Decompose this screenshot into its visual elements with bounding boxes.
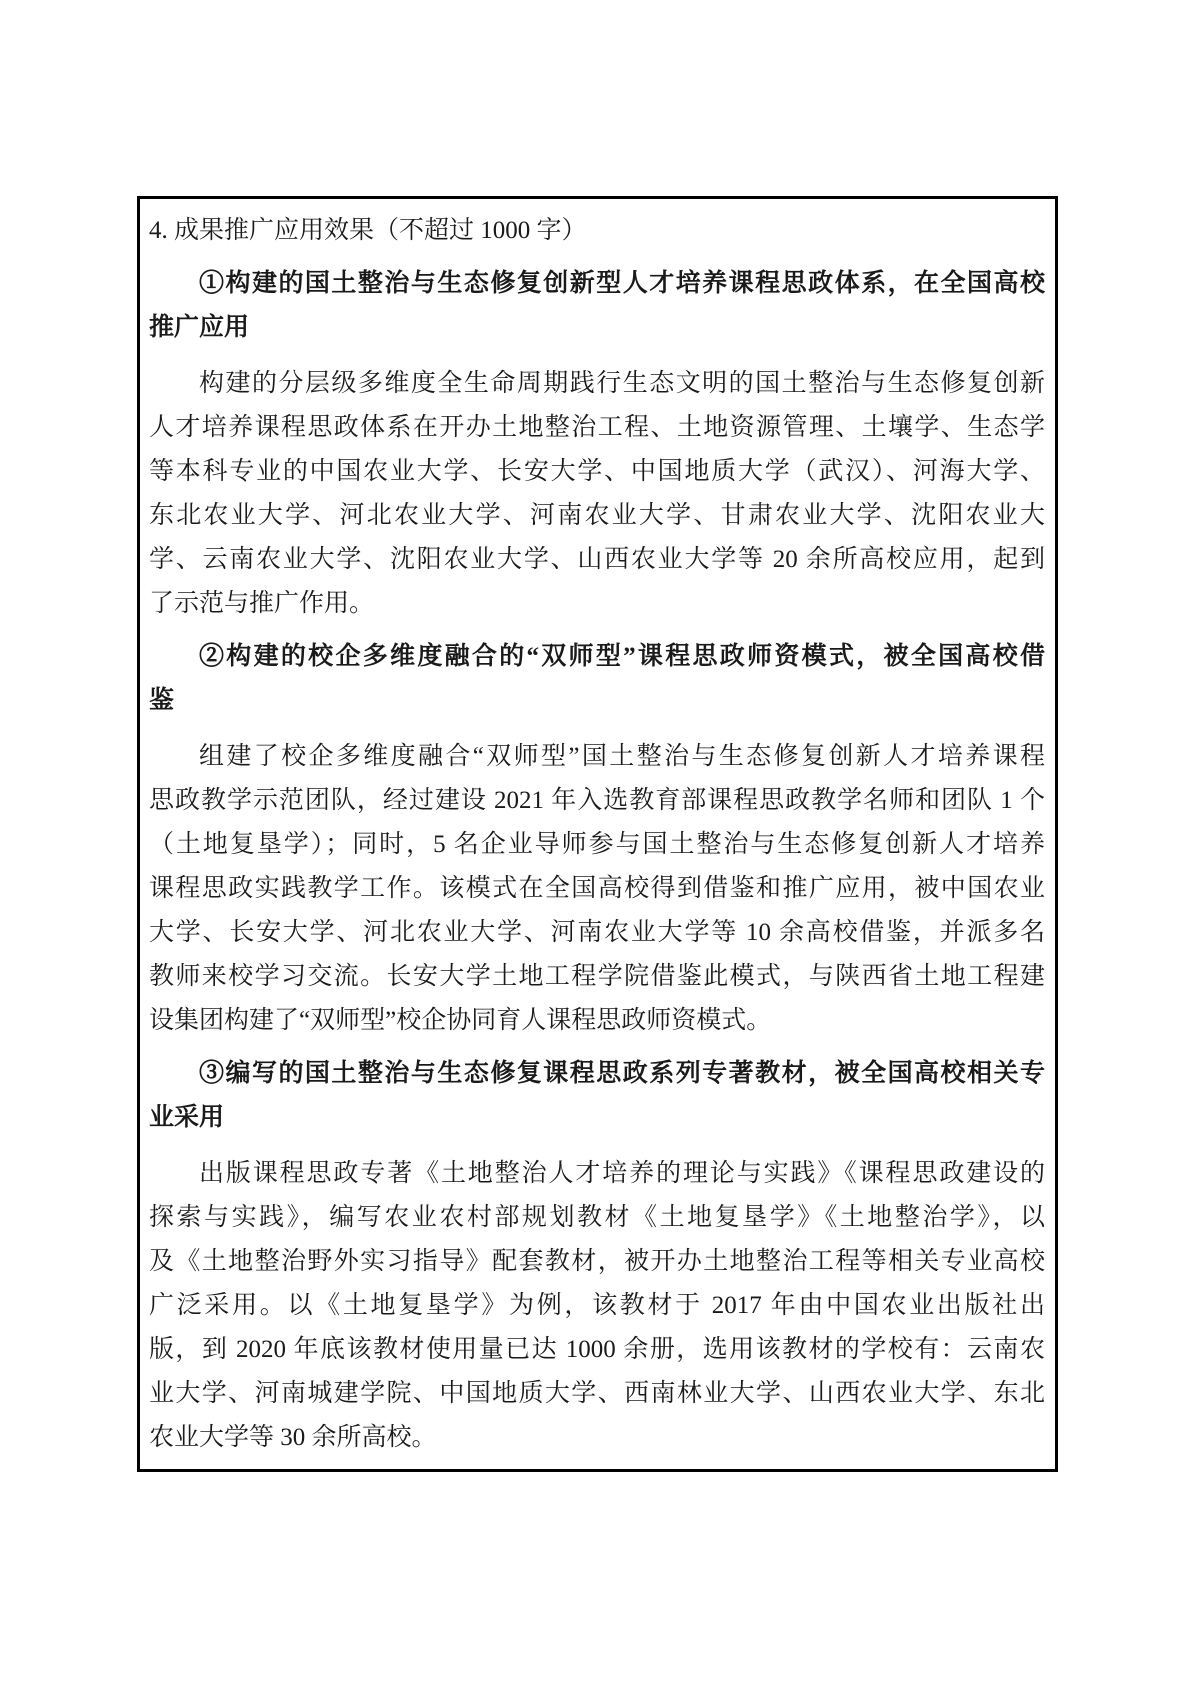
paragraph-1-line: 人才培养课程思政体系在开办土地整治工程、土地资源管理、土壤学、生态学 — [149, 406, 1045, 450]
paragraph-1: 构建的分层级多维度全生命周期践行生态文明的国土整治与生态修复创新 人才培养课程思… — [149, 362, 1045, 626]
paragraph-2-line: 设集团构建了“双师型”校企协同育人课程思政师资模式。 — [149, 999, 1045, 1043]
paragraph-3-line: 业大学、河南城建学院、中国地质大学、西南林业大学、山西农业大学、东北 — [149, 1372, 1045, 1416]
heading-1: ①构建的国土整治与生态修复创新型人才培养课程思政体系，在全国高校 推广应用 — [149, 262, 1045, 350]
paragraph-1-line: 构建的分层级多维度全生命周期践行生态文明的国土整治与生态修复创新 — [149, 362, 1045, 406]
heading-3: ③编写的国土整治与生态修复课程思政系列专著教材，被全国高校相关专 业采用 — [149, 1052, 1045, 1140]
section-title: 4. 成果推广应用效果（不超过 1000 字） — [149, 209, 1045, 253]
paragraph-1-line: 东北农业大学、河北农业大学、河南农业大学、甘肃农业大学、沈阳农业大 — [149, 494, 1045, 538]
paragraph-3-line: 探索与实践》，编写农业农村部规划教材《土地复垦学》《土地整治学》，以 — [149, 1196, 1045, 1240]
paragraph-1-line: 等本科专业的中国农业大学、长安大学、中国地质大学（武汉）、河海大学、 — [149, 450, 1045, 494]
paragraph-1-line: 了示范与推广作用。 — [149, 582, 1045, 626]
paragraph-2-line: 大学、长安大学、河北农业大学、河南农业大学等 10 余高校借鉴，并派多名 — [149, 911, 1045, 955]
paragraph-3: 出版课程思政专著《土地整治人才培养的理论与实践》《课程思政建设的 探索与实践》，… — [149, 1152, 1045, 1460]
document-page: 4. 成果推广应用效果（不超过 1000 字） ①构建的国土整治与生态修复创新型… — [0, 0, 1191, 1684]
paragraph-2: 组建了校企多维度融合“双师型”国土整治与生态修复创新人才培养课程 思政教学示范团… — [149, 735, 1045, 1043]
paragraph-3-line: 版，到 2020 年底该教材使用量已达 1000 余册，选用该教材的学校有：云南… — [149, 1328, 1045, 1372]
paragraph-2-line: 课程思政实践教学工作。该模式在全国高校得到借鉴和推广应用，被中国农业 — [149, 867, 1045, 911]
paragraph-3-line: 广泛采用。以《土地复垦学》为例，该教材于 2017 年由中国农业出版社出 — [149, 1284, 1045, 1328]
paragraph-2-line: （土地复垦学）；同时，5 名企业导师参与国土整治与生态修复创新人才培养 — [149, 823, 1045, 867]
paragraph-2-line: 思政教学示范团队，经过建设 2021 年入选教育部课程思政教学名师和团队 1 个 — [149, 779, 1045, 823]
paragraph-1-line: 学、云南农业大学、沈阳农业大学、山西农业大学等 20 余所高校应用，起到 — [149, 538, 1045, 582]
paragraph-2-line: 教师来校学习交流。长安大学土地工程学院借鉴此模式，与陕西省土地工程建 — [149, 955, 1045, 999]
paragraph-2-line: 组建了校企多维度融合“双师型”国土整治与生态修复创新人才培养课程 — [149, 735, 1045, 779]
heading-2-line-1: ②构建的校企多维度融合的“双师型”课程思政师资模式，被全国高校借 — [149, 635, 1045, 679]
paragraph-3-line: 出版课程思政专著《土地整治人才培养的理论与实践》《课程思政建设的 — [149, 1152, 1045, 1196]
paragraph-3-line: 农业大学等 30 余所高校。 — [149, 1416, 1045, 1460]
form-cell: 4. 成果推广应用效果（不超过 1000 字） ①构建的国土整治与生态修复创新型… — [137, 196, 1058, 1472]
heading-3-line-2: 业采用 — [149, 1096, 1045, 1140]
heading-1-line-1: ①构建的国土整治与生态修复创新型人才培养课程思政体系，在全国高校 — [149, 262, 1045, 306]
heading-3-line-1: ③编写的国土整治与生态修复课程思政系列专著教材，被全国高校相关专 — [149, 1052, 1045, 1096]
heading-2: ②构建的校企多维度融合的“双师型”课程思政师资模式，被全国高校借 鉴 — [149, 635, 1045, 723]
paragraph-3-line: 及《土地整治野外实习指导》配套教材，被开办土地整治工程等相关专业高校 — [149, 1240, 1045, 1284]
heading-2-line-2: 鉴 — [149, 679, 1045, 723]
heading-1-line-2: 推广应用 — [149, 306, 1045, 350]
